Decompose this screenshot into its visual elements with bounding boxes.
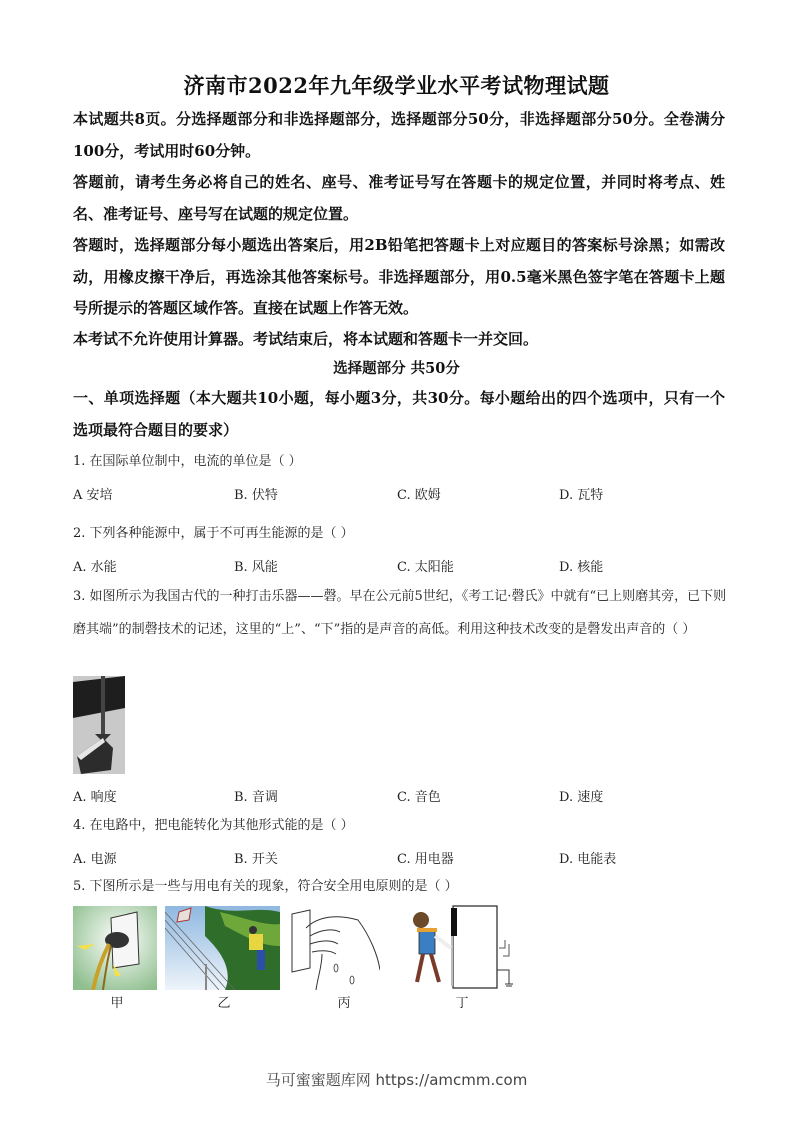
option-c[interactable]: C. 欧姆 bbox=[397, 484, 441, 503]
question-4-options: A. 电源 B. 开关 C. 用电器 D. 电能表 bbox=[73, 848, 728, 872]
figure-label-bing: 丙 bbox=[324, 992, 364, 1011]
instruction-before-answering: 答题前，请考生务必将自己的姓名、座号、准考证号写在答题卡的规定位置，并同时将考点… bbox=[73, 167, 725, 230]
instruction-answering: 答题时，选择题部分每小题选出答案后，用2B铅笔把答题卡上对应题目的答案标号涂黑；… bbox=[73, 230, 725, 325]
question-3-stem: 3. 如图所示为我国古代的一种打击乐器——磬。早在公元前5世纪，《考工记·磬氏》… bbox=[73, 580, 728, 646]
instruction-calculator: 本考试不允许使用计算器。考试结束后，将本试题和答题卡一并交回。 bbox=[73, 324, 725, 356]
option-b[interactable]: B. 开关 bbox=[234, 848, 278, 867]
chime-stone-photo bbox=[73, 676, 125, 774]
kite-on-power-line-illustration bbox=[165, 906, 280, 990]
exam-page: 济南市2022年九年级学业水平考试物理试题 本试题共8页。分选择题部分和非选择题… bbox=[0, 0, 793, 1122]
option-d[interactable]: D. 核能 bbox=[559, 556, 603, 575]
option-a[interactable]: A 安培 bbox=[73, 484, 113, 503]
section-title: 选择题部分 共50分 bbox=[0, 357, 793, 378]
option-c[interactable]: C. 音色 bbox=[397, 786, 441, 805]
option-c[interactable]: C. 太阳能 bbox=[397, 556, 454, 575]
part-heading: 一、单项选择题（本大题共10小题，每小题3分，共30分。每小题给出的四个选项中，… bbox=[73, 383, 725, 446]
page-title: 济南市2022年九年级学业水平考试物理试题 bbox=[0, 70, 793, 100]
option-b[interactable]: B. 音调 bbox=[234, 786, 278, 805]
instruction-pages: 本试题共8页。分选择题部分和非选择题部分，选择题部分50分，非选择题部分50分。… bbox=[73, 104, 725, 167]
option-d[interactable]: D. 瓦特 bbox=[559, 484, 603, 503]
figure-label-yi: 乙 bbox=[204, 992, 244, 1011]
option-a[interactable]: A. 电源 bbox=[73, 848, 117, 867]
figure-label-ding: 丁 bbox=[442, 992, 482, 1011]
overloaded-socket-illustration bbox=[73, 906, 157, 990]
question-1-options: A 安培 B. 伏特 C. 欧姆 D. 瓦特 bbox=[73, 484, 728, 508]
question-2-options: A. 水能 B. 风能 C. 太阳能 D. 核能 bbox=[73, 556, 728, 580]
option-a[interactable]: A. 响度 bbox=[73, 786, 117, 805]
wet-hand-plug-illustration bbox=[288, 906, 380, 990]
figure-label-jia: 甲 bbox=[97, 992, 137, 1011]
question-1-stem: 1. 在国际单位制中，电流的单位是（ ） bbox=[73, 446, 728, 477]
question-4-stem: 4. 在电路中，把电能转化为其他形式能的是（ ） bbox=[73, 810, 728, 841]
grounded-refrigerator-illustration bbox=[405, 904, 523, 990]
option-c[interactable]: C. 用电器 bbox=[397, 848, 454, 867]
question-2-stem: 2. 下列各种能源中，属于不可再生能源的是（ ） bbox=[73, 518, 728, 549]
watermark-footer: 马可蜜蜜题库网 https://amcmm.com bbox=[0, 1069, 793, 1090]
question-3-options: A. 响度 B. 音调 C. 音色 D. 速度 bbox=[73, 786, 728, 810]
question-5-stem: 5. 下图所示是一些与用电有关的现象，符合安全用电原则的是（ ） bbox=[73, 871, 728, 902]
option-b[interactable]: B. 伏特 bbox=[234, 484, 278, 503]
option-b[interactable]: B. 风能 bbox=[234, 556, 278, 575]
option-a[interactable]: A. 水能 bbox=[73, 556, 117, 575]
option-d[interactable]: D. 电能表 bbox=[559, 848, 616, 867]
option-d[interactable]: D. 速度 bbox=[559, 786, 603, 805]
